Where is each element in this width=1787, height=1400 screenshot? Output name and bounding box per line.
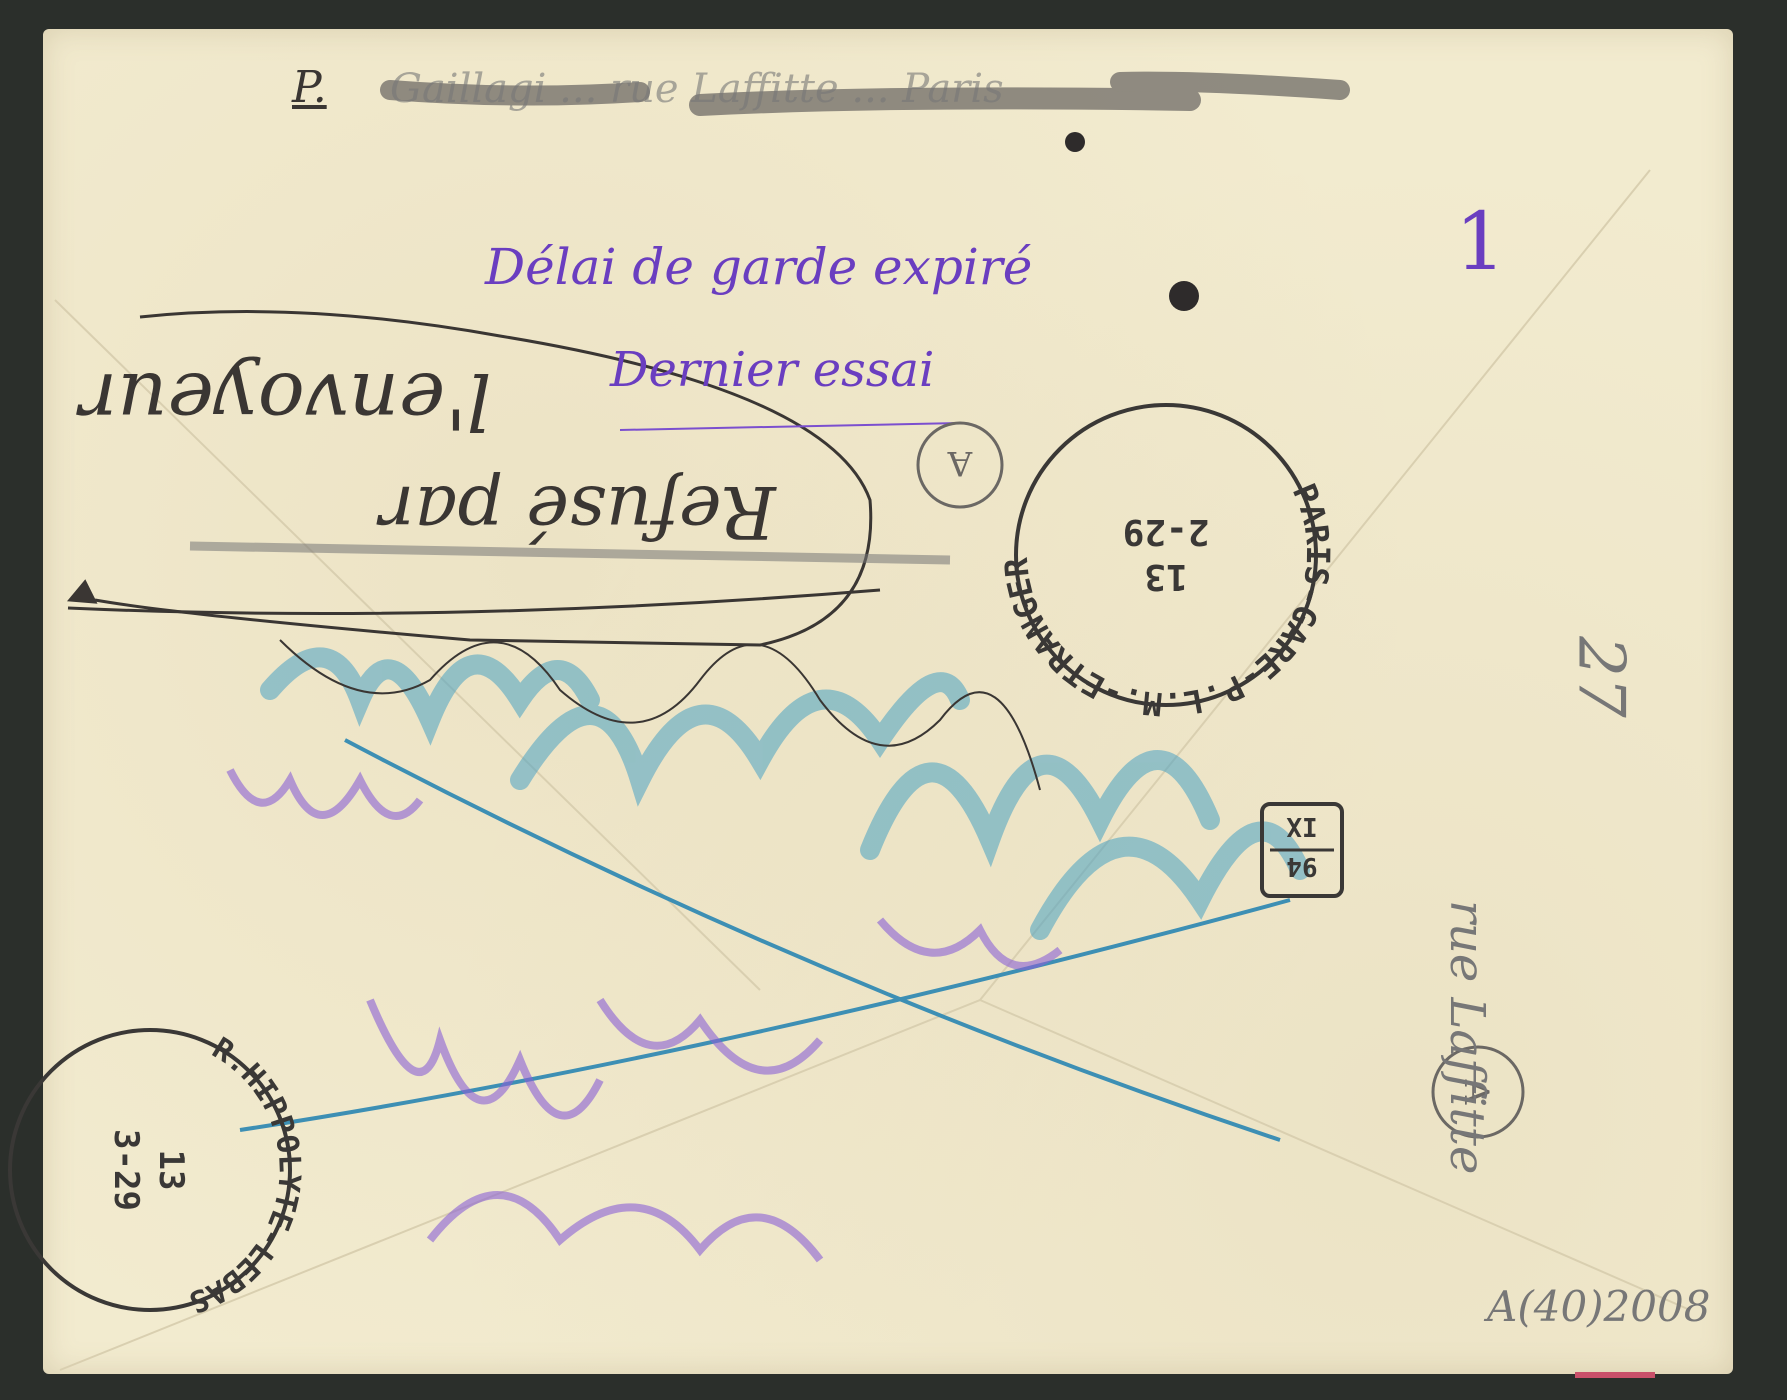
svg-text:IX: IX: [1286, 811, 1318, 841]
pencil-number: 27: [1564, 636, 1638, 717]
ink-blot: [1065, 132, 1085, 152]
delai-de-garde-expire: Délai de garde expiré: [485, 238, 1032, 296]
blue-cross-lines: [240, 740, 1290, 1140]
svg-text:13: 13: [151, 1150, 191, 1191]
small-circle-mark: A: [918, 423, 1002, 507]
catalog-reference: A(40)2008: [1487, 1282, 1710, 1331]
svg-text:A: A: [947, 443, 973, 483]
dernier-essai: Dernier essai: [610, 342, 934, 398]
pink-edge: [1575, 1372, 1655, 1378]
violet-mark-1: 1: [1455, 195, 1506, 288]
envelope-markings: PARIS-GARE-P.L.M.-ETRANGER 13 2-29 R.HIP…: [0, 0, 1787, 1400]
ink-blot: [1169, 281, 1199, 311]
svg-text:13: 13: [1144, 556, 1187, 597]
postmark-hippolyte-lebas: R.HIPPOLYTE-LEBAS 13 3-29: [10, 1019, 364, 1322]
postmark-paris-gare-plm: PARIS-GARE-P.L.M.-ETRANGER 13 2-29: [997, 405, 1337, 723]
refuse-par: Refusé par: [380, 470, 776, 554]
lenvoyeur: l'envoyeur: [80, 355, 492, 445]
svg-text:3-29: 3-29: [106, 1129, 146, 1211]
svg-text:94: 94: [1286, 851, 1317, 881]
violet-underline: [620, 423, 960, 430]
struck-address-text: Gaillagi ... rue Laffitte ... Paris: [390, 66, 1004, 112]
initial-p: P.: [292, 62, 327, 113]
svg-text:2-29: 2-29: [1123, 511, 1210, 552]
box-stamp: 94 IX: [1262, 804, 1342, 896]
pencil-street: rue Laffitte: [1439, 900, 1495, 1174]
